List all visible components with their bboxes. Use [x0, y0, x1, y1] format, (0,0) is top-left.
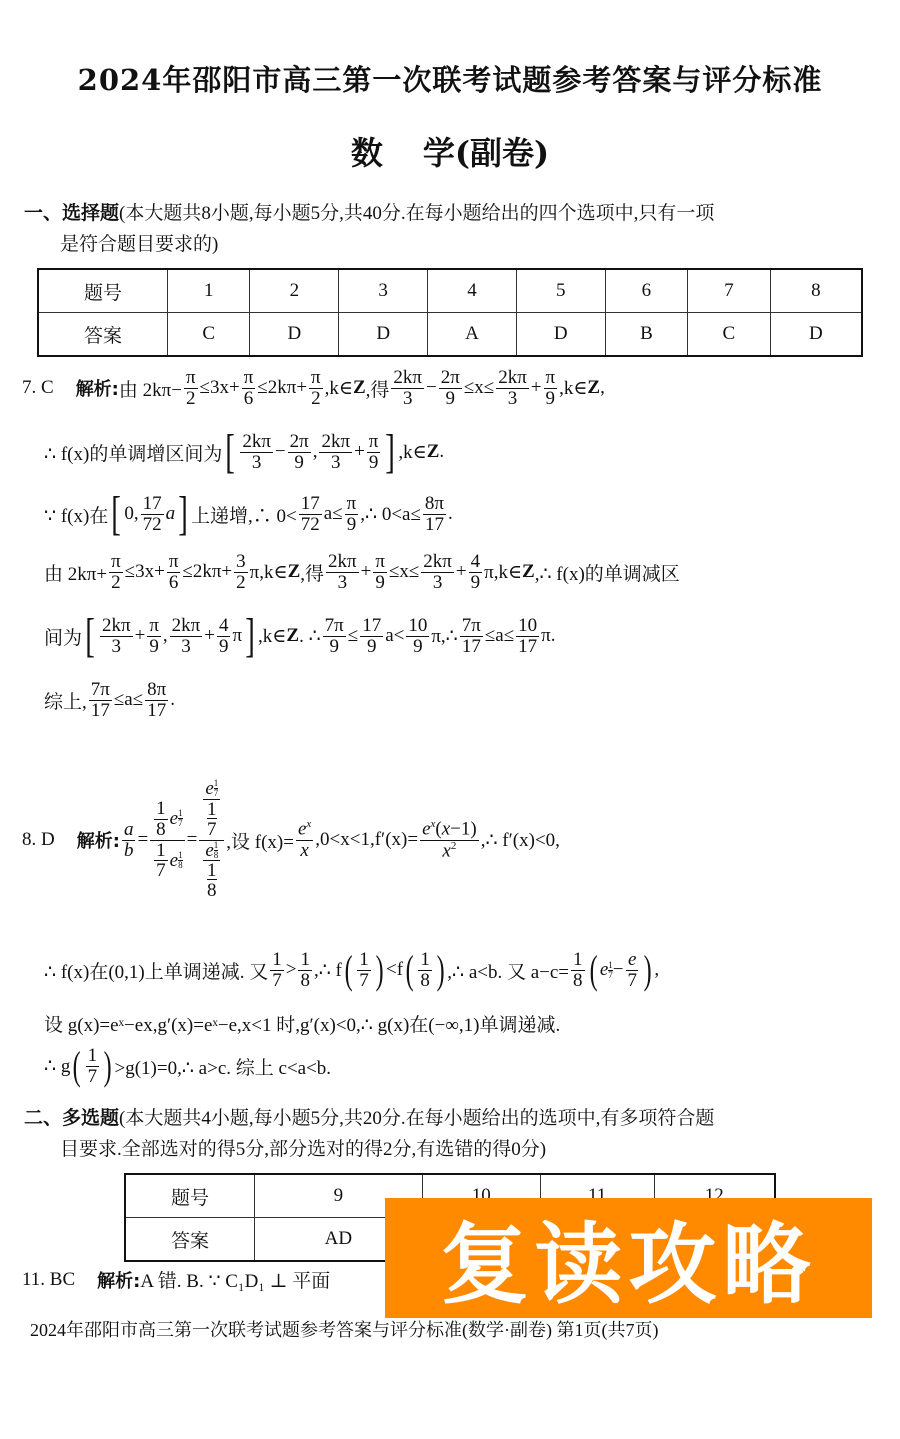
fraction: π9	[147, 616, 161, 657]
fraction: 18	[571, 950, 585, 991]
math-text: ,∴ 0<a≤	[360, 503, 421, 526]
table-cell: 7	[688, 269, 770, 313]
math-text: ,∴ f	[314, 959, 342, 982]
math-text: ,k∈	[559, 377, 587, 400]
q7-line3: ∵ f(x)在 [0, 1772a ] 上递增,∴ 0< 1772 a≤ π9 …	[44, 490, 453, 538]
math-text: ,∴ f′(x)<0,	[481, 829, 560, 852]
fraction: 18e17 17e18	[150, 799, 184, 882]
table-cell: 8	[770, 269, 862, 313]
section2-header: 二、多选题(本大题共4小题,每小题5分,共20分.在每小题给出的选项中,有多项符…	[24, 1103, 884, 1165]
math-text: a<	[385, 625, 404, 647]
fraction: 7π17	[89, 680, 112, 721]
math-text: A 错. B. ∵ C₁D₁ ⊥ 平面	[140, 1266, 330, 1293]
math-text: Z	[587, 377, 600, 399]
fraction: 49	[217, 616, 231, 657]
table-cell: 6	[605, 269, 687, 313]
math-text: ≤2kπ+	[257, 377, 307, 399]
math-text: ,设 f(x)=	[226, 827, 294, 854]
section1-header: 一、选择题(本大题共8小题,每小题5分,共40分.在每小题给出的四个选项中,只有…	[24, 198, 884, 260]
math-text: ,得	[300, 559, 324, 586]
fraction: 1772	[299, 494, 322, 535]
fraction: 8π17	[145, 680, 168, 721]
fraction: π9	[544, 368, 558, 409]
math-text: . ∴	[299, 625, 321, 648]
q7-line5: 间为 [ 2kπ3+ π9, 2kπ3+ 49π ] ,k∈Z . ∴ 7π9 …	[44, 612, 556, 660]
math-text: Z	[286, 625, 299, 647]
fraction: π6	[167, 552, 181, 593]
fraction: 17	[357, 950, 371, 991]
fraction: 32	[234, 552, 248, 593]
subtitle-right: 学(副卷)	[423, 134, 549, 172]
fraction: 2kπ3	[170, 616, 203, 657]
table-cell: 3	[339, 269, 428, 313]
q11-label: 解析:	[97, 1267, 140, 1293]
math-text: Z	[427, 441, 440, 463]
fraction: 49	[469, 552, 483, 593]
q7-line1: 7. C 解析: 由 2kπ− π2 ≤3x+ π6 ≤2kπ+ π2 ,k∈Z…	[22, 368, 605, 409]
math-text: ∴ g	[44, 1055, 70, 1078]
q11-number: 11. BC	[22, 1269, 75, 1291]
row-label: 题号	[38, 269, 168, 313]
answer-table-1: 题号 1 2 3 4 5 6 7 8 答案 C D D A D B C D	[37, 268, 863, 357]
math-text: >g(1)=0,∴ a>c. 综上 c<a<b.	[115, 1053, 332, 1080]
subtitle-left: 数	[351, 134, 383, 172]
math-text: <f	[386, 959, 403, 981]
document-title: 2024年邵阳市高三第一次联考试题参考答案与评分标准	[0, 58, 900, 99]
fraction: π9	[367, 432, 381, 473]
fraction: 1772	[141, 494, 164, 535]
fraction: 18	[418, 950, 432, 991]
q11-line1: 11. BC 解析: A 错. B. ∵ C₁D₁ ⊥ 平面	[22, 1266, 330, 1293]
math-text: Z	[353, 377, 366, 399]
section2-heading: 二、多选题	[24, 1107, 119, 1129]
math-text: ,∴ f(x)的单调减区	[535, 559, 680, 586]
math-text: π.	[541, 625, 555, 647]
q7-label: 解析:	[76, 375, 119, 401]
math-text: ,	[654, 959, 659, 981]
fraction: 2π9	[288, 432, 311, 473]
fraction: 2kπ3	[326, 552, 359, 593]
math-text: ,k∈	[258, 625, 286, 648]
math-text: 综上,	[44, 687, 87, 714]
fraction: ex(x−1)x2	[420, 819, 479, 861]
fraction: 2kπ3	[240, 432, 273, 473]
math-text: a≤	[324, 503, 343, 525]
q7-line4: 由 2kπ+ π2 ≤3x+ π6 ≤2kπ+ 32 π,k∈Z ,得 2kπ3…	[44, 552, 680, 593]
math-text: ≤a≤	[485, 625, 514, 647]
section1-desc2: 是符合题目要求的)	[24, 229, 884, 260]
row-label: 题号	[125, 1174, 255, 1218]
math-text: 由 2kπ+	[44, 559, 107, 586]
math-text: ∴ f(x)的单调增区间为	[44, 439, 222, 466]
fraction: 2kπ3	[391, 368, 424, 409]
math-text: Z	[288, 561, 301, 583]
fraction: e1717 e1818	[199, 779, 224, 902]
table-cell: 1	[168, 269, 250, 313]
math-text: >	[286, 959, 297, 981]
math-text: ∵ f(x)在	[44, 501, 108, 528]
math-text: 间为	[44, 623, 82, 650]
table-cell: 4	[428, 269, 517, 313]
math-text: ≤2kπ+	[182, 561, 232, 583]
fraction: 7π17	[460, 616, 483, 657]
section1-desc1: (本大题共8小题,每小题5分,共40分.在每小题给出的四个选项中,只有一项	[119, 203, 714, 224]
math-text: π,k∈	[250, 561, 288, 584]
q8-line3: 设 g(x)=eˣ−ex,g′(x)=eˣ−e,x<1 时,g′(x)<0,∴ …	[44, 1010, 560, 1037]
math-text: ≤	[348, 625, 358, 647]
fraction: ab	[122, 820, 136, 861]
section1-heading: 一、选择题	[24, 202, 119, 224]
fraction: 7π9	[323, 616, 346, 657]
fraction: π2	[309, 368, 323, 409]
math-text: π,∴	[431, 625, 457, 648]
fraction: 17	[270, 950, 284, 991]
table-cell: A	[428, 313, 517, 357]
table-cell: D	[250, 313, 339, 357]
fraction: exx	[296, 819, 313, 860]
q7-line2: ∴ f(x)的单调增区间为 [ 2kπ3− 2π9, 2kπ3+ π9 ] ,k…	[44, 428, 444, 476]
math-text: ,0<x<1,f′(x)=	[315, 829, 418, 851]
fraction: π6	[242, 368, 256, 409]
table-cell: 2	[250, 269, 339, 313]
math-text: 上递增,∴ 0<	[191, 501, 297, 528]
table-cell: D	[516, 313, 605, 357]
watermark-banner: 复读攻略	[385, 1198, 872, 1318]
row-label: 答案	[125, 1218, 255, 1262]
table-cell: C	[168, 313, 250, 357]
fraction: 18	[298, 950, 312, 991]
math-text: ≤3x+	[200, 377, 240, 399]
section2-desc2: 目要求.全部选对的得5分,部分选对的得2分,有选错的得0分)	[24, 1134, 884, 1165]
q8-line2: ∴ f(x)在(0,1)上单调递减. 又 17 > 18 ,∴ f (17) <…	[44, 950, 659, 991]
fraction: 17	[86, 1046, 100, 1087]
table-cell: B	[605, 313, 687, 357]
document-subtitle: 数学(副卷)	[0, 128, 900, 174]
math-text: 由 2kπ−	[119, 375, 182, 402]
q7-number: 7. C	[22, 377, 54, 399]
math-text: Z	[522, 561, 535, 583]
table-cell: D	[770, 313, 862, 357]
fraction: 2kπ3	[100, 616, 133, 657]
math-text: ≤x≤	[464, 377, 494, 399]
fraction: π9	[373, 552, 387, 593]
fraction: 109	[406, 616, 429, 657]
fraction: 8π17	[423, 494, 446, 535]
table-cell: D	[339, 313, 428, 357]
fraction: 2kπ3	[496, 368, 529, 409]
fraction: 1017	[516, 616, 539, 657]
math-text: ≤a≤	[114, 689, 143, 711]
table-cell: C	[688, 313, 770, 357]
fraction: π2	[109, 552, 123, 593]
q7-line6: 综上, 7π17 ≤a≤ 8π17.	[44, 680, 175, 721]
fraction: 179	[360, 616, 383, 657]
fraction: 2π9	[439, 368, 462, 409]
math-text: ∴ f(x)在(0,1)上单调递减. 又	[44, 957, 268, 984]
table-row-numbers: 题号 1 2 3 4 5 6 7 8	[38, 269, 862, 313]
math-text: ,k∈	[398, 441, 426, 464]
q8-number: 8. D	[22, 829, 55, 851]
table-row-answers: 答案 C D D A D B C D	[38, 313, 862, 357]
q8-line1: 8. D 解析: ab= 18e17 17e18 = e1717 e1818 ,…	[22, 745, 560, 935]
row-label: 答案	[38, 313, 168, 357]
fraction: 2kπ3	[319, 432, 352, 473]
table-cell: 5	[516, 269, 605, 313]
math-text: ,∴ a<b. 又 a−c=	[447, 957, 569, 984]
fraction: π9	[345, 494, 359, 535]
math-text: ,得	[366, 375, 390, 402]
q8-line4: ∴ g (17) >g(1)=0,∴ a>c. 综上 c<a<b.	[44, 1046, 331, 1087]
fraction: 2kπ3	[421, 552, 454, 593]
math-text: ≤3x+	[125, 561, 165, 583]
fraction: π2	[184, 368, 198, 409]
math-text: π,k∈	[484, 561, 522, 584]
section2-desc1: (本大题共4小题,每小题5分,共20分.在每小题给出的选项中,有多项符合题	[119, 1108, 714, 1129]
math-text: ,k∈	[325, 377, 353, 400]
q8-label: 解析:	[77, 827, 120, 853]
math-text: ≤x≤	[389, 561, 419, 583]
